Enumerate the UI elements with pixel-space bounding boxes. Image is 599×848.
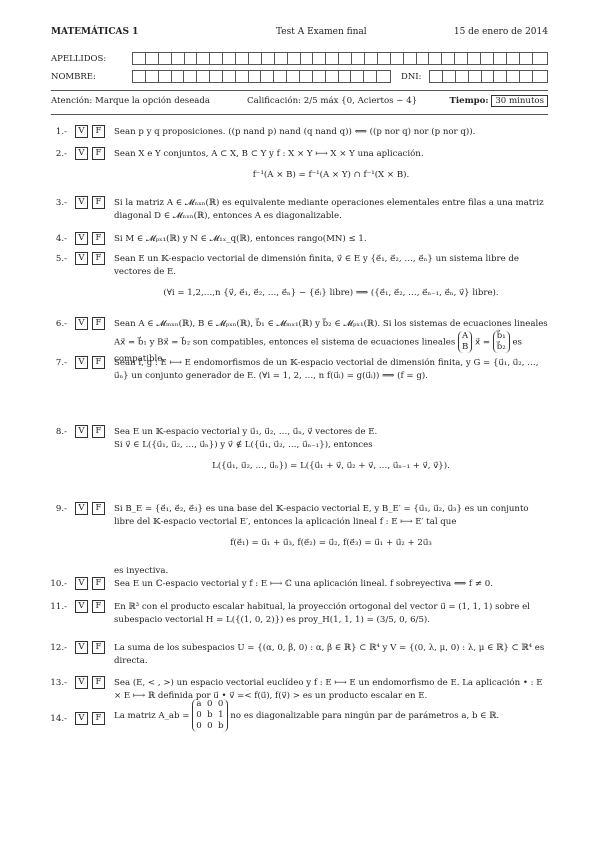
divider — [51, 114, 548, 115]
divider — [51, 90, 548, 91]
surname-label: APELLIDOS: — [51, 54, 106, 64]
false-option[interactable]: F — [92, 232, 105, 245]
question-number: 10.- — [45, 578, 67, 591]
question-text: Si M ∈ 𝓜ₚₓ₁(ℝ) y N ∈ 𝓜₁ₓ_q(ℝ), entonces … — [114, 234, 367, 244]
test-title: Test A Examen final — [276, 27, 367, 37]
matrix: b⃗₁b⃗₂ — [493, 331, 510, 353]
name-row: NOMBRE: DNI: — [51, 70, 548, 84]
grading-text: Calificación: 2/5 máx {0, Aciertos − 4} — [247, 96, 417, 106]
question-tail: es inyectiva. — [114, 565, 548, 578]
question-text: Sean E un 𝕂-espacio vectorial de dimensi… — [114, 254, 519, 277]
time-value: 30 minutos — [491, 95, 548, 107]
false-option[interactable]: F — [92, 577, 105, 590]
question-number: 5.- — [45, 253, 67, 266]
false-option[interactable]: F — [92, 147, 105, 160]
true-option[interactable]: V — [75, 196, 88, 209]
false-option[interactable]: F — [92, 502, 105, 515]
formula: f⁻¹(A × B) = f⁻¹(A × Y) ∩ f⁻¹(X × B). — [114, 169, 548, 182]
true-option[interactable]: V — [75, 252, 88, 265]
question-number: 2.- — [45, 148, 67, 161]
exam-date: 15 de enero de 2014 — [454, 27, 548, 37]
question-text: Sea E un 𝕂-espacio vectorial y u⃗₁, u⃗₂,… — [114, 427, 377, 437]
course-title: MATEMÁTICAS 1 — [51, 27, 138, 37]
question-text: La suma de los subespacios U = {(α, 0, β… — [114, 643, 544, 666]
true-option[interactable]: V — [75, 317, 88, 330]
question-number: 14.- — [45, 713, 67, 726]
question-number: 6.- — [45, 318, 67, 331]
true-option[interactable]: V — [75, 676, 88, 689]
true-option[interactable]: V — [75, 502, 88, 515]
false-option[interactable]: F — [92, 356, 105, 369]
question-number: 13.- — [45, 677, 67, 690]
false-option[interactable]: F — [92, 600, 105, 613]
true-option[interactable]: V — [75, 641, 88, 654]
false-option[interactable]: F — [92, 317, 105, 330]
formula: (∀i = 1,2,…,n {v⃗, e⃗₁, e⃗₂, …, e⃗ₙ} − {… — [114, 287, 548, 300]
question-number: 3.- — [45, 197, 67, 210]
exam-header: MATEMÁTICAS 1 Test A Examen final 15 de … — [51, 27, 548, 39]
surname-boxes[interactable] — [132, 52, 548, 65]
name-label: NOMBRE: — [51, 72, 96, 82]
surname-row: APELLIDOS: — [51, 52, 548, 66]
formula: L({u⃗₁, u⃗₂, …, u⃗ₙ}) = L({u⃗₁ + v⃗, u⃗₂… — [114, 460, 548, 473]
attention-text: Atención: Marque la opción deseada — [51, 96, 210, 106]
question-text: Sean p y q proposiciones. ((p nand p) na… — [114, 127, 475, 137]
false-option[interactable]: F — [92, 252, 105, 265]
question-number: 12.- — [45, 642, 67, 655]
true-option[interactable]: V — [75, 577, 88, 590]
matrix: AB — [458, 331, 472, 353]
false-option[interactable]: F — [92, 125, 105, 138]
question-number: 8.- — [45, 426, 67, 439]
question-text: Sea (E, < , >) un espacio vectorial eucl… — [114, 678, 543, 701]
matrix: a 0 00 b 10 0 b — [192, 699, 227, 732]
question-text: Sean X e Y conjuntos, A ⊂ X, B ⊂ Y y f :… — [114, 149, 424, 159]
question-text: Si B_E = {e⃗₁, e⃗₂, e⃗₃} es una base del… — [114, 504, 529, 527]
true-option[interactable]: V — [75, 712, 88, 725]
true-option[interactable]: V — [75, 356, 88, 369]
formula: f(e⃗₁) = u⃗₁ + u⃗₃, f(e⃗₂) = u⃗₂, f(e⃗₃)… — [114, 537, 548, 550]
question-text-line2: Si v⃗ ∈ L({u⃗₁, u⃗₂, …, u⃗ₙ}) y v⃗ ∉ L({… — [114, 439, 548, 452]
dni-label: DNI: — [401, 72, 421, 82]
true-option[interactable]: V — [75, 425, 88, 438]
false-option[interactable]: F — [92, 425, 105, 438]
time-label: Tiempo: — [449, 96, 488, 106]
question-number: 7.- — [45, 357, 67, 370]
info-bar: Atención: Marque la opción deseada Calif… — [51, 96, 548, 110]
false-option[interactable]: F — [92, 676, 105, 689]
question-text: Sea E un ℂ-espacio vectorial y f : E ⟼ ℂ… — [114, 579, 493, 589]
dni-boxes[interactable] — [429, 70, 548, 83]
question-number: 9.- — [45, 503, 67, 516]
question-text: La matriz A_ab = — [114, 711, 189, 721]
false-option[interactable]: F — [92, 712, 105, 725]
question-tail: no es diagonalizable para ningún par de … — [230, 711, 499, 721]
question-number: 1.- — [45, 126, 67, 139]
true-option[interactable]: V — [75, 125, 88, 138]
false-option[interactable]: F — [92, 641, 105, 654]
question-text: En ℝ³ con el producto escalar habitual, … — [114, 602, 530, 625]
name-boxes[interactable] — [132, 70, 391, 83]
vector-x: x⃗ = — [475, 338, 490, 348]
true-option[interactable]: V — [75, 232, 88, 245]
question-number: 4.- — [45, 233, 67, 246]
true-option[interactable]: V — [75, 600, 88, 613]
question-text: Sean f, g : E ⟼ E endomorfismos de un 𝕂-… — [114, 358, 539, 381]
question-text: Si la matriz A ∈ 𝓜ₙₓₙ(ℝ) es equivalente … — [114, 198, 544, 221]
question-number: 11.- — [45, 601, 67, 614]
false-option[interactable]: F — [92, 196, 105, 209]
true-option[interactable]: V — [75, 147, 88, 160]
